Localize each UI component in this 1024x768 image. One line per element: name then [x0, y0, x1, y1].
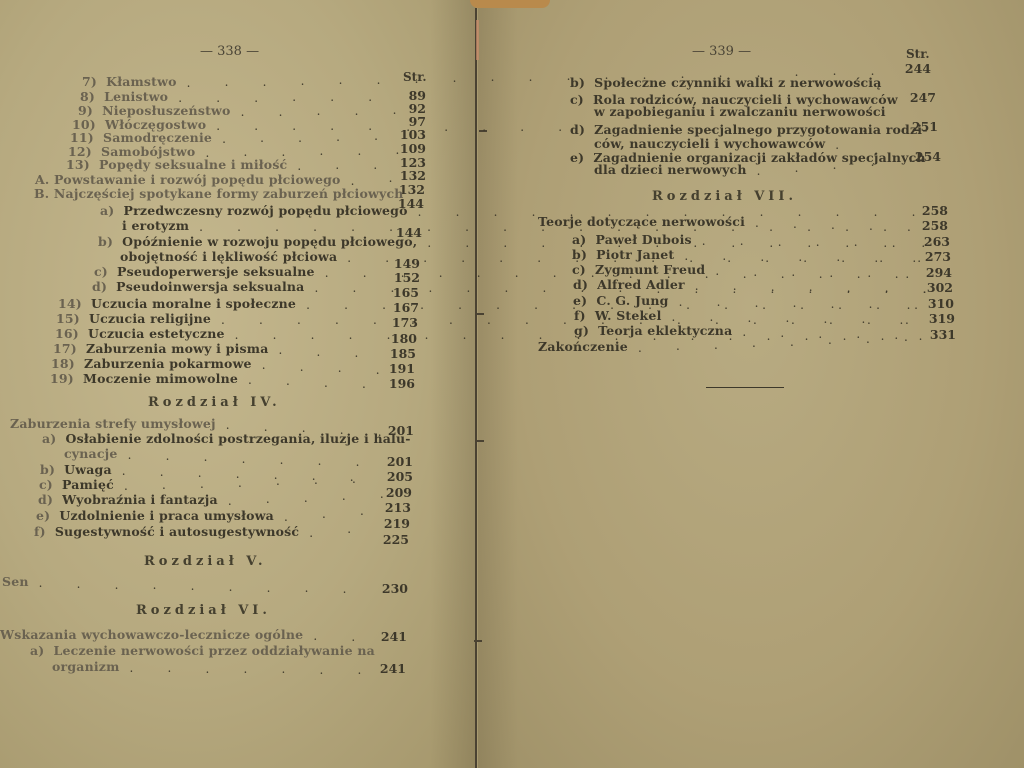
leader-dot: . [284, 510, 288, 522]
leader-dot: . [206, 662, 210, 674]
leader-dot: . [358, 663, 362, 675]
toc-page-number: 225 [369, 532, 409, 547]
leader-dot: . [330, 90, 334, 102]
leader-dot: . [351, 220, 355, 232]
leader-dot: . [689, 251, 693, 263]
toc-entry: d) Alfred Adler [573, 277, 685, 292]
leader-dot: . [477, 266, 481, 278]
toc-entry: 15) Uczucia religijne [56, 311, 211, 326]
leader-dot: . [292, 119, 296, 131]
leader-dot: . [395, 143, 399, 155]
leader-dot: . [351, 174, 355, 186]
toc-page-number: 258 [908, 218, 948, 233]
leader-dot: . [798, 250, 802, 262]
leader-dot: . [836, 205, 840, 217]
leader-dot: . [742, 325, 746, 337]
leader-dot: . [415, 72, 419, 84]
leader-dot: . [458, 298, 462, 310]
chapter-heading: Rozdział VI. [136, 603, 271, 618]
leader-dot: . [793, 296, 797, 308]
leader-dot: . [425, 328, 429, 340]
toc-entry: 11) Samodręczenie [70, 130, 212, 145]
toc-page-number: 109 [386, 141, 426, 156]
toc-page-number: 209 [372, 485, 412, 500]
leader-dot: . [501, 328, 505, 340]
leader-dot: . [824, 312, 828, 324]
leader-dot: . [411, 313, 415, 325]
leader-dot: . [496, 298, 500, 310]
leader-dot: . [244, 662, 248, 674]
leader-dot: . [280, 453, 284, 465]
leader-dot: . [871, 155, 875, 167]
leader-dot: . [128, 448, 132, 460]
leader-dot: . [895, 267, 899, 279]
leader-dot: . [362, 377, 366, 389]
leader-dot: . [831, 297, 835, 309]
leader-dot: . [335, 158, 339, 170]
leader-dot: . [539, 328, 543, 340]
leader-dot: . [315, 281, 319, 293]
leader-dot: . [803, 251, 807, 263]
leader-dot: . [347, 522, 351, 534]
leader-dot: . [693, 220, 697, 232]
leader-dot: . [601, 313, 605, 325]
leader-dot: . [753, 265, 757, 277]
leader-dot: . [617, 236, 621, 248]
leader-dot: . [324, 376, 328, 388]
leader-dot: . [672, 310, 676, 322]
leader-dot: . [757, 66, 761, 78]
leader-dot: . [360, 504, 364, 516]
leader-dot: . [639, 313, 643, 325]
toc-entry: b) Opóźnienie w rozwoju popędu płciowego… [98, 234, 417, 249]
leader-dot: . [676, 339, 680, 351]
leader-dot: . [869, 219, 873, 231]
leader-dot: . [885, 281, 889, 293]
page-number: — 339 — [692, 44, 751, 59]
leader-dot: . [831, 218, 835, 230]
leader-dot: . [710, 120, 714, 132]
toc-page-number: 263 [910, 234, 950, 249]
leader-dot: . [529, 70, 533, 82]
leader-dot: . [693, 236, 697, 248]
leader-dot: . [347, 251, 351, 263]
leader-dot: . [515, 266, 519, 278]
leader-dot: . [467, 281, 471, 293]
leader-dot: . [800, 298, 804, 310]
leader-dot: . [702, 234, 706, 246]
leader-dot: . [705, 267, 709, 279]
leader-dot: . [748, 311, 752, 323]
leader-dot: . [757, 164, 761, 176]
leader-dot: . [389, 220, 393, 232]
leader-dot: . [795, 161, 799, 173]
toc-entry: Zakończenie [538, 339, 628, 354]
toc-entry: 9) Nieposłuszeństwo [78, 103, 231, 118]
leader-dot: . [883, 220, 887, 232]
leader-dot: . [305, 581, 309, 593]
leader-dot: . [790, 335, 794, 347]
leader-dot: . [351, 630, 355, 642]
toc-page-number: 302 [913, 280, 953, 295]
leader-dot: . [686, 298, 690, 310]
binding-stitch [474, 640, 482, 642]
leader-dot: . [465, 236, 469, 248]
leader-dot: . [385, 251, 389, 263]
toc-page-number: 185 [376, 346, 416, 361]
toc-page-number: 219 [370, 516, 410, 531]
leader-dot: . [791, 313, 795, 325]
leader-dot: . [374, 129, 378, 141]
leader-dot: . [204, 450, 208, 462]
leader-dot: . [319, 144, 323, 156]
leader-dot: . [342, 489, 346, 501]
leader-dot: . [439, 266, 443, 278]
top-object [470, 0, 550, 8]
leader-dot: . [254, 119, 258, 131]
leader-dot: . [216, 119, 220, 131]
leader-dot: . [681, 67, 685, 79]
leader-dot: . [505, 281, 509, 293]
leader-dot: . [282, 662, 286, 674]
end-rule [706, 387, 784, 388]
leader-dot: . [869, 297, 873, 309]
leader-dot: . [874, 205, 878, 217]
leader-dot: . [610, 298, 614, 310]
leader-dot: . [162, 478, 166, 490]
leader-dot: . [914, 298, 918, 310]
leader-dot: . [900, 313, 904, 325]
leader-dot: . [841, 251, 845, 263]
leader-dot: . [178, 91, 182, 103]
leader-dot: . [260, 131, 264, 143]
toc-entry: B. Najczęściej spotykane formy zaburzeń … [34, 186, 404, 201]
leader-dot: . [866, 332, 870, 344]
toc-page-number: 244 [891, 61, 931, 76]
toc-page-number: 205 [373, 469, 413, 484]
leader-dot: . [235, 328, 239, 340]
leader-dot: . [905, 267, 909, 279]
leader-dot: . [325, 266, 329, 278]
toc-page-number: 213 [371, 500, 411, 515]
leader-dot: . [275, 220, 279, 232]
leader-dot: . [525, 313, 529, 325]
leader-dot: . [355, 104, 359, 116]
leader-dot: . [318, 454, 322, 466]
toc-page-number: 294 [912, 265, 952, 280]
leader-dot: . [322, 507, 326, 519]
leader-dot: . [786, 311, 790, 323]
leader-dot: . [382, 298, 386, 310]
toc-page-number: 191 [375, 361, 415, 376]
leader-dot: . [124, 479, 128, 491]
leader-dot: . [917, 251, 921, 263]
page-number: — 338 — [200, 44, 259, 59]
leader-dot: . [166, 449, 170, 461]
leader-dot: . [281, 145, 285, 157]
leader-dot: . [314, 473, 318, 485]
leader-dot: . [829, 313, 833, 325]
toc-entry: Sen [2, 574, 29, 589]
leader-dot: . [317, 345, 321, 357]
leader-dot: . [168, 661, 172, 673]
toc-page-number: 247 [896, 90, 936, 105]
leader-dot: . [912, 251, 916, 263]
leader-dot: . [829, 266, 833, 278]
leader-dot: . [449, 313, 453, 325]
toc-entry: b) Uwaga [40, 462, 112, 477]
leader-dot: . [653, 329, 657, 341]
leader-dot: . [769, 220, 773, 232]
leader-dot: . [241, 105, 245, 117]
leader-dot: . [376, 363, 380, 375]
leader-dot: . [655, 220, 659, 232]
leader-dot: . [302, 421, 306, 433]
leader-dot: . [780, 326, 784, 338]
gutter-shadow [478, 0, 518, 768]
leader-dot: . [879, 251, 883, 263]
leader-dot: . [297, 159, 301, 171]
toc-entry: c) Pseudoperwersje seksualne [94, 264, 315, 279]
str-column-label: Str. [906, 47, 930, 61]
toc-entry: Zaburzenia strefy umysłowej [10, 416, 216, 431]
leader-dot: . [309, 526, 313, 538]
leader-dot: . [657, 282, 661, 294]
leader-dot: . [266, 492, 270, 504]
leader-dot: . [264, 420, 268, 432]
leader-dot: . [714, 338, 718, 350]
toc-entry: A. Powstawanie i rozwój popędu płciowego [35, 172, 341, 187]
leader-dot: . [862, 121, 866, 133]
toc-entry: a) Paweł Dubois [572, 232, 692, 247]
leader-dot: . [537, 251, 541, 263]
leader-dot: . [833, 158, 837, 170]
leader-dot: . [491, 70, 495, 82]
leader-dot: . [847, 281, 851, 293]
toc-entry: a) Osłabienie zdolności postrzegania, il… [42, 431, 411, 446]
leader-dot: . [655, 236, 659, 248]
toc-entry: f) Sugestywność i autosugestywność [34, 524, 299, 539]
toc-entry: 13) Popędy seksualne i miłość [66, 157, 287, 172]
leader-dot: . [729, 329, 733, 341]
leader-dot: . [710, 310, 714, 322]
leader-dot: . [762, 298, 766, 310]
leader-dot: . [229, 580, 233, 592]
leader-dot: . [558, 120, 562, 132]
leader-dot: . [634, 120, 638, 132]
leader-dot: . [684, 205, 688, 217]
leader-dot: . [733, 279, 737, 291]
leader-dot: . [377, 73, 381, 85]
leader-dot: . [748, 121, 752, 133]
leader-dot: . [881, 329, 885, 341]
leader-dot: . [378, 425, 382, 437]
leader-dot: . [335, 313, 339, 325]
spine-thread [476, 20, 479, 60]
chapter-heading: Rozdział V. [144, 554, 267, 569]
leader-dot: . [672, 120, 676, 132]
leader-dot: . [380, 487, 384, 499]
leader-dot: . [160, 465, 164, 477]
leader-dot: . [643, 68, 647, 80]
leader-dot: . [228, 494, 232, 506]
leader-dot: . [387, 328, 391, 340]
leader-dot: . [743, 267, 747, 279]
leader-dot: . [259, 313, 263, 325]
toc-entry: d) Pseudoinwersja seksualna [92, 279, 305, 294]
leader-dot: . [306, 298, 310, 310]
leader-dot: . [389, 171, 393, 183]
leader-dot: . [828, 333, 832, 345]
leader-dot: . [300, 360, 304, 372]
toc-entry: 7) Kłamstwo [82, 74, 177, 89]
leader-dot: . [862, 312, 866, 324]
leader-dot: . [717, 295, 721, 307]
leader-dot: . [615, 329, 619, 341]
leader-dot: . [276, 474, 280, 486]
leader-dot: . [892, 236, 896, 248]
leader-dot: . [286, 374, 290, 386]
leader-dot: . [909, 151, 913, 163]
leader-dot: . [769, 236, 773, 248]
leader-dot: . [605, 68, 609, 80]
book-spine [475, 8, 477, 768]
leader-dot: . [807, 236, 811, 248]
toc-page-number: 310 [914, 296, 954, 311]
leader-dot: . [836, 250, 840, 262]
leader-dot: . [646, 205, 650, 217]
leader-dot: . [352, 472, 356, 484]
leader-dot: . [781, 267, 785, 279]
leader-dot: . [818, 327, 822, 339]
leader-dot: . [200, 477, 204, 489]
leader-dot: . [912, 205, 916, 217]
toc-entry: 14) Uczucia moralne i społeczne [58, 296, 296, 311]
leader-dot: . [254, 91, 258, 103]
leader-dot: . [543, 281, 547, 293]
leader-dot: . [835, 138, 839, 150]
leader-dot: . [786, 121, 790, 133]
chapter-heading: Rozdział VII. [652, 189, 797, 204]
leader-dot: . [418, 205, 422, 217]
leader-dot: . [695, 279, 699, 291]
leader-dot: . [153, 578, 157, 590]
leader-dot: . [338, 361, 342, 373]
leader-dot: . [320, 663, 324, 675]
leader-dot: . [907, 220, 911, 232]
toc-entry-continuation: dla dzieci nerwowych [594, 162, 747, 177]
leader-dot: . [263, 75, 267, 87]
leader-dot: . [874, 251, 878, 263]
leader-dot: . [39, 576, 43, 588]
leader-dot: . [778, 235, 782, 247]
leader-dot: . [755, 296, 759, 308]
leader-dot: . [427, 236, 431, 248]
leader-dot: . [740, 234, 744, 246]
leader-dot: . [298, 131, 302, 143]
leader-dot: . [494, 205, 498, 217]
leader-dot: . [921, 236, 925, 248]
leader-dot: . [520, 120, 524, 132]
left-page: — 338 — Str. 7) Kłamstwo 89 8) Lenistwo … [0, 0, 476, 768]
toc-entry: 18) Zaburzenia pokarmowe [51, 356, 252, 371]
toc-entry-continuation: ców, nauczycieli i wychowawców [594, 136, 825, 151]
leader-dot: . [833, 64, 837, 76]
leader-dot: . [279, 343, 283, 355]
leader-dot: . [617, 220, 621, 232]
leader-dot: . [363, 266, 367, 278]
toc-page-number: 254 [901, 149, 941, 164]
leader-dot: . [199, 220, 203, 232]
leader-dot: . [760, 205, 764, 217]
binding-stitch [476, 313, 484, 315]
toc-entry: e) C. G. Jung [573, 293, 669, 308]
open-book-spread: — 338 — Str. 7) Kłamstwo 89 8) Lenistwo … [0, 0, 1024, 768]
leader-dot: . [482, 120, 486, 132]
leader-dot: . [336, 130, 340, 142]
leader-dot: . [755, 216, 759, 228]
leader-dot: . [115, 578, 119, 590]
leader-dot: . [330, 119, 334, 131]
leader-dot: . [355, 346, 359, 358]
leader-dot: . [216, 91, 220, 103]
leader-dot: . [722, 205, 726, 217]
leader-dot: . [791, 265, 795, 277]
leader-dot: . [503, 220, 507, 232]
leader-dot: . [292, 90, 296, 102]
leader-dot: . [353, 281, 357, 293]
leader-dot: . [461, 251, 465, 263]
leader-dot: . [262, 358, 266, 370]
leader-dot: . [876, 298, 880, 310]
binding-stitch [476, 440, 484, 442]
toc-entry: 17) Zaburzenia mowy i pisma [53, 341, 269, 356]
toc-entry: e) Uzdolnienie i praca umysłowa [36, 508, 274, 523]
toc-entry-continuation: obojętność i lękliwość płciowa [120, 249, 337, 264]
leader-dot: . [187, 76, 191, 88]
leader-dot: . [429, 281, 433, 293]
leader-dot: . [819, 267, 823, 279]
leader-dot: . [629, 267, 633, 279]
leader-dot: . [238, 476, 242, 488]
leader-dot: . [563, 313, 567, 325]
leader-dot: . [883, 236, 887, 248]
toc-entry-continuation: cynacje [64, 446, 118, 461]
leader-dot: . [684, 249, 688, 261]
leader-dot: . [267, 581, 271, 593]
leader-dot: . [313, 629, 317, 641]
leader-dot: . [487, 313, 491, 325]
leader-dot: . [541, 236, 545, 248]
leader-dot: . [311, 328, 315, 340]
leader-dot: . [856, 327, 860, 339]
leader-dot: . [843, 329, 847, 341]
leader-dot: . [534, 298, 538, 310]
leader-dot: . [572, 298, 576, 310]
leader-dot: . [339, 73, 343, 85]
leader-dot: . [343, 582, 347, 594]
leader-dot: . [857, 267, 861, 279]
leader-dot: . [191, 579, 195, 591]
toc-entry: 8) Lenistwo [80, 89, 168, 104]
toc-entry: 19) Moczenie mimowolne [50, 371, 238, 386]
leader-dot: . [715, 264, 719, 276]
leader-dot: . [444, 120, 448, 132]
leader-dot: . [349, 328, 353, 340]
toc-entry: f) W. Stekel [574, 308, 662, 323]
leader-dot: . [541, 220, 545, 232]
toc-entry-continuation: i erotyzm [122, 218, 189, 233]
